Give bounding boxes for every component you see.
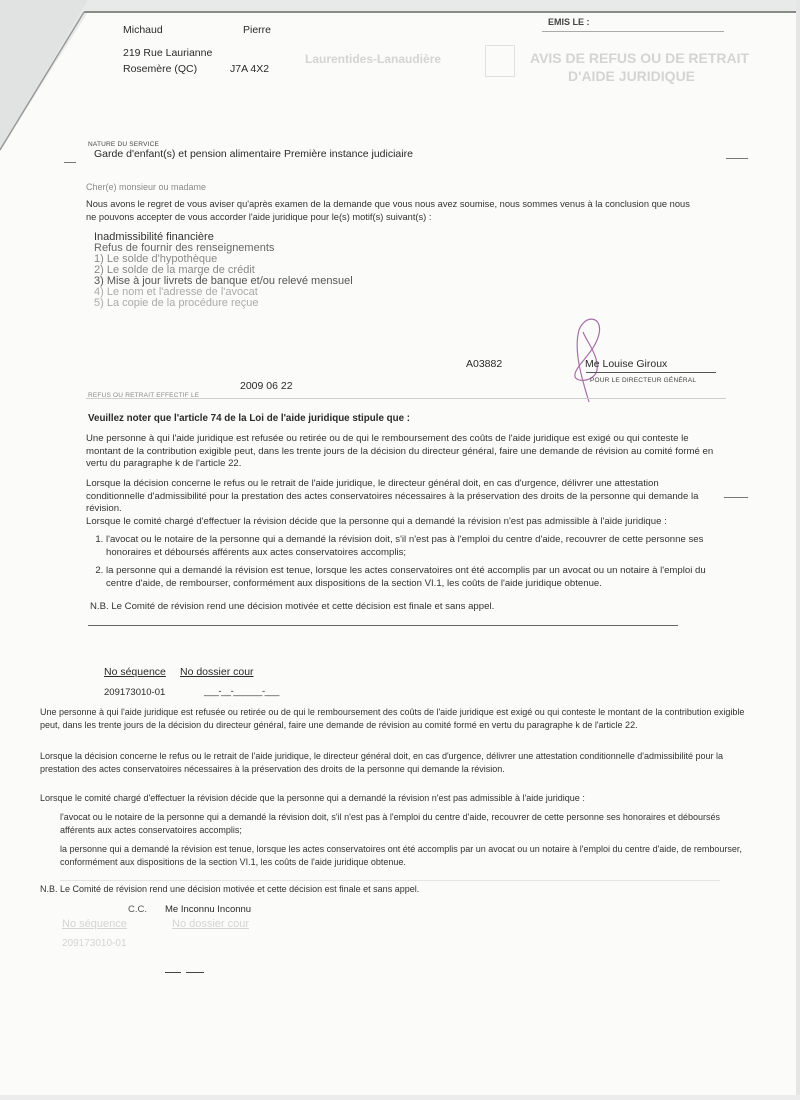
issued-label: EMIS LE : (548, 17, 590, 27)
court-label: No dossier cour (180, 666, 254, 678)
cc-name: Me Inconnu Inconnu (165, 904, 251, 915)
article-item: l'avocat ou le notaire de la personne qu… (106, 534, 710, 559)
service-label: NATURE DU SERVICE (88, 141, 159, 148)
recipient-last-name: Michaud (123, 24, 163, 36)
margin-tick (724, 497, 748, 498)
recipient-postal-code: J7A 4X2 (230, 63, 269, 75)
ghost-seq-label: No séquence (62, 918, 127, 930)
article-heading: Veuillez noter que l'article 74 de la Lo… (88, 413, 410, 424)
ghost-region: Laurentides-Lanaudière (305, 52, 441, 66)
seq-label: No séquence (104, 666, 166, 678)
signer-name: Me Louise Giroux (585, 358, 667, 370)
ghost-seq-value: 209173010-01 (62, 938, 127, 949)
court-value: ___-__-______-___ (204, 686, 279, 697)
divider (86, 398, 726, 399)
signature-line (586, 372, 716, 373)
service-value: Garde d'enfant(s) et pension alimentaire… (94, 148, 413, 160)
seq-value: 209173010-01 (104, 687, 165, 698)
article-paragraph-3: Lorsque le comité chargé d'effectuer la … (86, 516, 718, 529)
ghost-line: N.B. Le Comité de révision rend une déci… (40, 883, 750, 896)
ghost-line: Lorsque la décision concerne le refus ou… (40, 750, 750, 776)
ghost-back-text: Une personne à qui l'aide juridique est … (40, 706, 750, 896)
issued-underline (542, 31, 724, 32)
effective-date: 2009 06 22 (240, 380, 293, 392)
nb-note: N.B. Le Comité de révision rend une déci… (90, 601, 710, 614)
ghost-title-line2: D'AIDE JURIDIQUE (568, 68, 695, 84)
article-item: la personne qui a demandé la révision es… (106, 565, 710, 590)
margin-tick (726, 158, 748, 159)
cc-label: C.C. (128, 904, 147, 915)
ghost-line: l'avocat ou le notaire de la personne qu… (40, 811, 750, 837)
recipient-city: Rosemère (QC) (123, 63, 197, 75)
ghost-line: Lorsque le comité chargé d'effectuer la … (40, 792, 750, 805)
ghost-divider (60, 880, 720, 881)
ghost-line: Une personne à qui l'aide juridique est … (40, 706, 750, 732)
article-items: l'avocat ou le notaire de la personne qu… (90, 534, 710, 596)
signature-code: A03882 (466, 358, 502, 370)
reason-item: 5) La copie de la procédure reçue (94, 298, 353, 309)
ghost-logo-icon (485, 45, 515, 77)
blank-dash (165, 972, 181, 973)
ghost-title-line1: AVIS DE REFUS OU DE RETRAIT (530, 50, 749, 66)
ghost-court-label: No dossier cour (172, 918, 249, 930)
divider (88, 625, 678, 626)
salutation: Cher(e) monsieur ou madame (86, 182, 206, 192)
signer-caption: POUR LE DIRECTEUR GÉNÉRAL (590, 377, 696, 384)
recipient-first-name: Pierre (243, 24, 271, 36)
intro-paragraph: Nous avons le regret de vous aviser qu'a… (86, 198, 691, 223)
blank-dash (186, 972, 204, 973)
reasons-list: Inadmissibilité financière Refus de four… (94, 232, 353, 309)
margin-tick (64, 162, 76, 163)
article-paragraph-1: Une personne à qui l'aide juridique est … (86, 433, 718, 471)
ghost-line: la personne qui a demandé la révision es… (40, 843, 750, 869)
article-paragraph-2: Lorsque la décision concerne le refus ou… (86, 478, 718, 516)
recipient-street: 219 Rue Laurianne (123, 47, 212, 59)
